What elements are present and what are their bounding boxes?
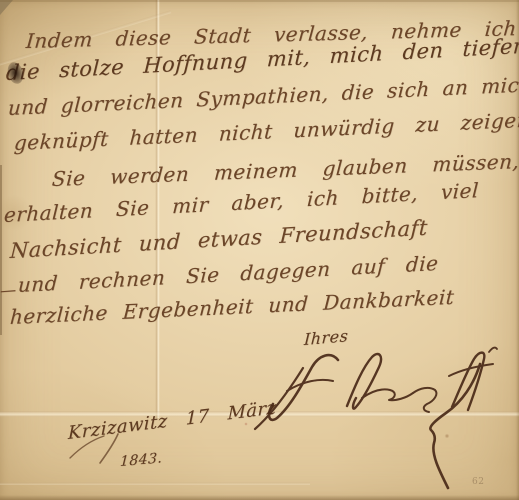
letter-paper: Indem diese Stadt verlasse, nehme ich di… <box>0 0 519 500</box>
signature-f-liszt: F. Liszt <box>0 0 519 500</box>
